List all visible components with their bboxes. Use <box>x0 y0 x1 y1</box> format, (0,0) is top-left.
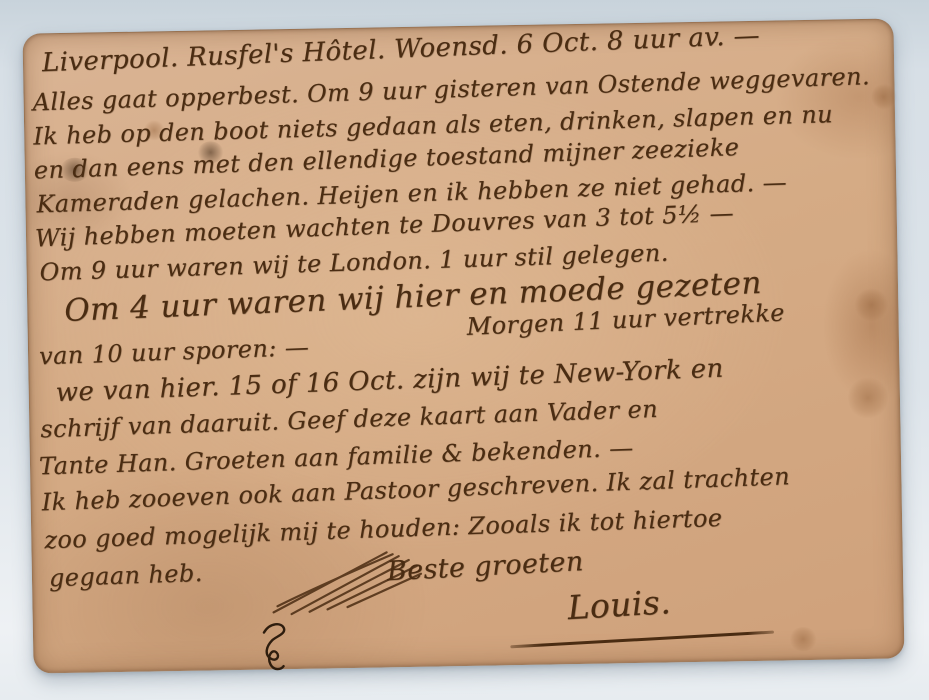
handwriting: Liverpool. Rusfel's Hôtel. Woensd. 6 Oct… <box>23 19 903 672</box>
postcard: Liverpool. Rusfel's Hôtel. Woensd. 6 Oct… <box>22 18 904 673</box>
signature: Louis. <box>567 585 672 624</box>
handwritten-line: gegaan heb. <box>49 561 203 590</box>
handwritten-line: van 10 uur sporen: — <box>39 335 310 368</box>
photo-background: Liverpool. Rusfel's Hôtel. Woensd. 6 Oct… <box>0 0 929 700</box>
ink-squiggle-icon <box>256 618 297 677</box>
signature-underline <box>510 631 774 648</box>
